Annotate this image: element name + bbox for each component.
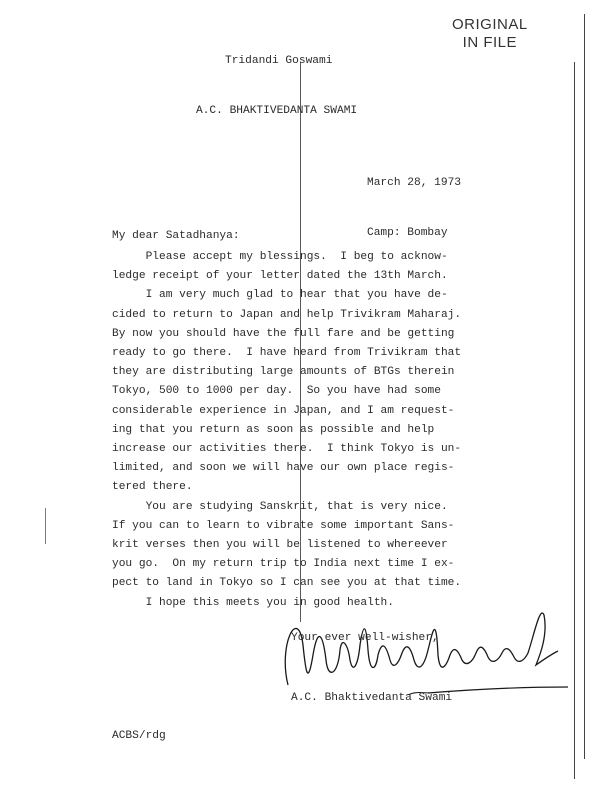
salutation: My dear Satadhanya: — [112, 228, 240, 245]
fold-line — [300, 62, 301, 622]
body-line: I am very much glad to hear that you hav… — [112, 286, 461, 305]
letter-body: Please accept my blessings. I beg to ack… — [112, 248, 461, 613]
stamp-line-2: IN FILE — [452, 34, 528, 52]
letter-date: March 28, 1973 — [367, 175, 461, 192]
date-block: March 28, 1973 Camp: Bombay — [367, 142, 461, 258]
body-line: By now you should have the full fare and… — [112, 325, 461, 344]
body-line: considerable experience in Japan, and I … — [112, 402, 461, 421]
body-line: they are distributing large amounts of B… — [112, 363, 461, 382]
body-line: ledge receipt of your letter dated the 1… — [112, 267, 461, 286]
signer-name: A.C. Bhaktivedanta Swami — [291, 690, 452, 707]
body-line: increase our activities there. I think T… — [112, 440, 461, 459]
letterhead-name: A.C. BHAKTIVEDANTA SWAMI — [196, 103, 357, 120]
body-line: If you can to learn to vibrate some impo… — [112, 517, 461, 536]
body-line: limited, and soon we will have our own p… — [112, 459, 461, 478]
body-line: tered there. — [112, 478, 461, 497]
body-line: cided to return to Japan and help Trivik… — [112, 306, 461, 325]
binder-line-left — [574, 62, 575, 779]
reference-initials: ACBS/rdg — [112, 728, 166, 745]
body-line: you go. On my return trip to India next … — [112, 555, 461, 574]
body-line: You are studying Sanskrit, that is very … — [112, 498, 461, 517]
letterhead-title: Tridandi Goswami — [196, 53, 357, 70]
body-line: Tokyo, 500 to 1000 per day. So you have … — [112, 382, 461, 401]
body-line: krit verses then you will be listened to… — [112, 536, 461, 555]
letter-place: Camp: Bombay — [367, 225, 461, 242]
margin-mark — [45, 508, 46, 544]
body-line: ing that you return as soon as possible … — [112, 421, 461, 440]
stamp-line-1: ORIGINAL — [452, 16, 528, 34]
body-line: ready to go there. I have heard from Tri… — [112, 344, 461, 363]
binder-line-right — [584, 14, 585, 759]
letterhead: Tridandi Goswami A.C. BHAKTIVEDANTA SWAM… — [196, 20, 357, 136]
body-line: Please accept my blessings. I beg to ack… — [112, 248, 461, 267]
body-line: pect to land in Tokyo so I can see you a… — [112, 574, 461, 593]
handwritten-signature — [278, 605, 568, 695]
original-in-file-stamp: ORIGINAL IN FILE — [452, 16, 528, 52]
